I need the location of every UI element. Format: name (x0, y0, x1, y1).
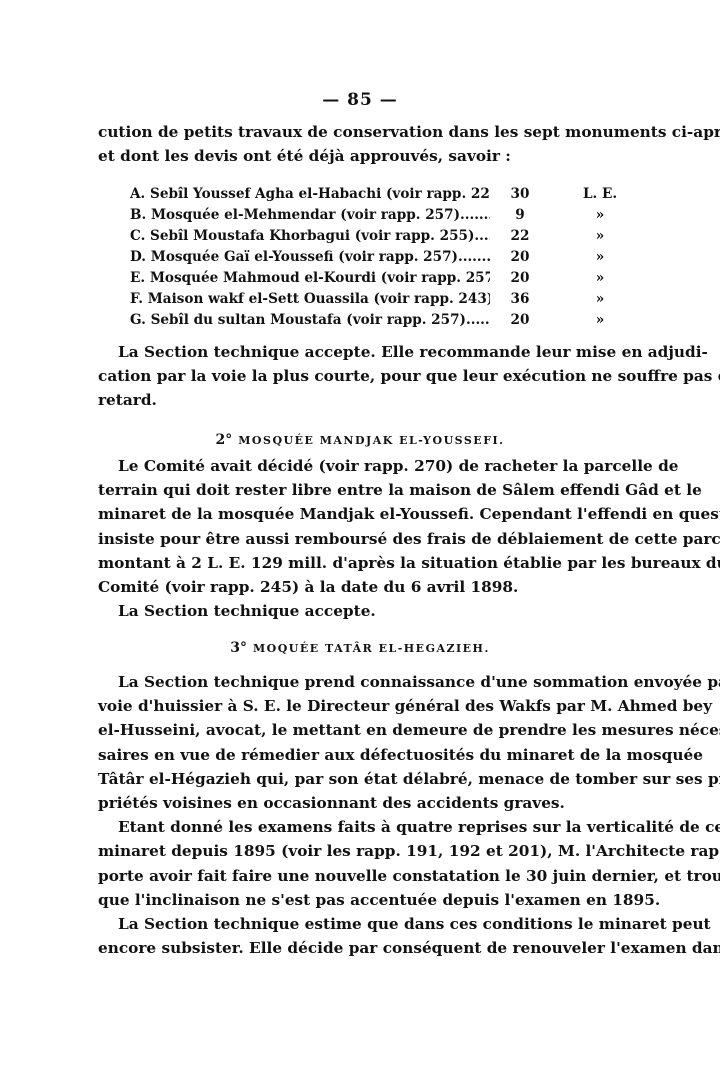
item-label: G. Sebîl du sultan Moustafa (voir rapp. … (130, 310, 490, 331)
list-item: D. Mosquée Gaï el-Youssefi (voir rapp. 2… (130, 247, 630, 268)
section-number: 3° (230, 640, 247, 656)
section-title: MOSQUÉE MANDJAK EL-YOUSSEFI. (238, 434, 504, 447)
text-line: voie d'huissier à S. E. le Directeur gén… (98, 694, 628, 718)
text-line: et dont les devis ont été déjà approuvés… (98, 144, 628, 168)
text-line: priétés voisines en occasionnant des acc… (98, 791, 628, 815)
list-item: G. Sebîl du sultan Moustafa (voir rapp. … (130, 310, 630, 331)
text-line: cution de petits travaux de conservation… (98, 120, 628, 144)
section-number: 2° (216, 432, 233, 448)
text-line: que l'inclinaison ne s'est pas accentuée… (98, 888, 628, 912)
text-line: Etant donné les examens faits à quatre r… (98, 815, 628, 839)
item-label: D. Mosquée Gaï el-Youssefi (voir rapp. 2… (130, 247, 490, 268)
item-unit: » (570, 289, 630, 310)
intro-paragraph: cution de petits travaux de conservation… (98, 120, 628, 168)
text-line: Le Comité avait décidé (voir rapp. 270) … (98, 454, 628, 478)
item-label: B. Mosquée el-Mehmendar (voir rapp. 257)… (130, 205, 490, 226)
text-line: cation par la voie la plus courte, pour … (98, 364, 628, 388)
item-unit: » (570, 310, 630, 331)
item-unit: » (570, 247, 630, 268)
text-line: montant à 2 L. E. 129 mill. d'après la s… (98, 551, 628, 575)
list-item: E. Mosquée Mahmoud el-Kourdi (voir rapp.… (130, 268, 630, 289)
item-amount: 9 (495, 205, 545, 226)
text-line: porte avoir fait faire une nouvelle cons… (98, 864, 628, 888)
text-line: el-Husseini, avocat, le mettant en demeu… (98, 718, 628, 742)
item-unit: » (570, 268, 630, 289)
item-label: C. Sebîl Moustafa Khorbagui (voir rapp. … (130, 226, 490, 247)
text-line: saires en vue de rémedier aux défectuosi… (98, 743, 628, 767)
text-line: Tâtâr el-Hégazieh qui, par son état déla… (98, 767, 628, 791)
text-line: La Section technique prend connaissance … (98, 670, 628, 694)
section-2-body: Le Comité avait décidé (voir rapp. 270) … (98, 454, 628, 623)
list-item: C. Sebîl Moustafa Khorbagui (voir rapp. … (130, 226, 630, 247)
item-amount: 36 (495, 289, 545, 310)
item-amount: 30 (495, 184, 545, 205)
item-amount: 20 (495, 268, 545, 289)
list-item: B. Mosquée el-Mehmendar (voir rapp. 257)… (130, 205, 630, 226)
item-unit: » (570, 205, 630, 226)
section-title: MOQUÉE TATÂR EL-HEGAZIEH. (253, 642, 490, 655)
text-line: retard. (98, 388, 628, 412)
list-item: A. Sebîl Youssef Agha el-Habachi (voir r… (130, 184, 630, 205)
section-3-body: La Section technique prend connaissance … (98, 670, 628, 960)
text-line: La Section technique accepte. (98, 599, 628, 623)
section-3-heading: 3°MOQUÉE TATÂR EL-HEGAZIEH. (0, 640, 720, 656)
item-label: E. Mosquée Mahmoud el-Kourdi (voir rapp.… (130, 268, 490, 289)
text-line: minaret depuis 1895 (voir les rapp. 191,… (98, 839, 628, 863)
page-number: — 85 — (0, 90, 720, 110)
text-line: minaret de la mosquée Mandjak el-Youssef… (98, 502, 628, 526)
item-unit: » (570, 226, 630, 247)
section-2-heading: 2°MOSQUÉE MANDJAK EL-YOUSSEFI. (0, 432, 720, 448)
text-line: encore subsister. Elle décide par conséq… (98, 936, 628, 960)
section-1-decision: La Section technique accepte. Elle recom… (98, 340, 628, 413)
item-amount: 20 (495, 310, 545, 331)
item-label: F. Maison wakf el-Sett Ouassila (voir ra… (130, 289, 490, 310)
item-label: A. Sebîl Youssef Agha el-Habachi (voir r… (130, 184, 490, 205)
item-amount: 20 (495, 247, 545, 268)
list-item: F. Maison wakf el-Sett Ouassila (voir ra… (130, 289, 630, 310)
text-line: Comité (voir rapp. 245) à la date du 6 a… (98, 575, 628, 599)
item-unit: L. E. (570, 184, 630, 205)
text-line: La Section technique estime que dans ces… (98, 912, 628, 936)
text-line: terrain qui doit rester libre entre la m… (98, 478, 628, 502)
item-amount: 22 (495, 226, 545, 247)
text-line: La Section technique accepte. Elle recom… (98, 340, 628, 364)
monument-list: A. Sebîl Youssef Agha el-Habachi (voir r… (130, 184, 630, 331)
text-line: insiste pour être aussi remboursé des fr… (98, 527, 628, 551)
